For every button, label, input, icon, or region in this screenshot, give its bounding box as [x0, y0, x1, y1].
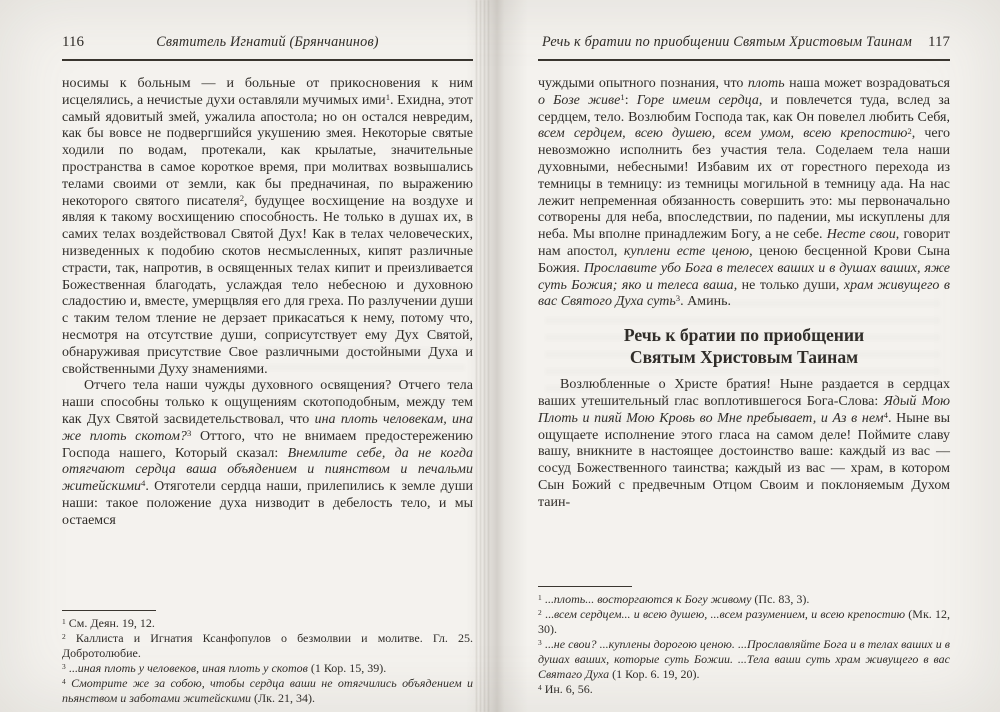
page-gutter: [466, 0, 528, 712]
footnote-separator: [538, 586, 632, 587]
footnote: 3 ...не свои? ...куплены дорогою ценою. …: [538, 637, 950, 682]
footnote: 3 ...иная плоть у человеков, иная плоть …: [62, 661, 473, 676]
page-header-left: 116 Святитель Игнатий (Брянчанинов): [62, 34, 473, 61]
page-header-right: Речь к братии по приобщении Святым Христ…: [538, 34, 950, 61]
body-paragraph: Возлюбленные о Христе братия! Ныне разда…: [538, 377, 950, 511]
running-title-right: Речь к братии по приобщении Святым Христ…: [542, 34, 946, 51]
body-paragraph: чуждыми опытного познания, что плоть наш…: [538, 76, 950, 311]
section-heading: Речь к братии по приобщении Святым Христ…: [538, 324, 950, 368]
footnote: 1 ...плоть... восторгаются к Богу живому…: [538, 592, 950, 607]
footnote-separator: [62, 610, 156, 611]
section-heading-line: Святым Христовым Таинам: [538, 346, 950, 368]
footnote: 1 См. Деян. 19, 12.: [62, 616, 473, 631]
page-stack-edges: [476, 0, 489, 712]
footnote: 4 Смотрите же за собою, чтобы сердца ваш…: [62, 676, 473, 706]
body-text-right: чуждыми опытного познания, что плоть наш…: [538, 76, 950, 512]
footnotes-right: 1 ...плоть... восторгаются к Богу живому…: [538, 586, 950, 697]
book-spread: 116 Святитель Игнатий (Брянчанинов) носи…: [0, 0, 1000, 712]
footnotes-left: 1 См. Деян. 19, 12. 2 Каллиста и Игнатия…: [62, 610, 473, 706]
running-title-left: Святитель Игнатий (Брянчанинов): [156, 34, 378, 50]
page-right: Речь к братии по приобщении Святым Христ…: [538, 34, 950, 512]
page-number-left: 116: [62, 34, 84, 51]
section-heading-line: Речь к братии по приобщении: [538, 324, 950, 346]
body-paragraph: носимы к больным — и больные от прикосно…: [62, 76, 473, 378]
footnote: 2 Каллиста и Игнатия Ксанфопулов о безмо…: [62, 631, 473, 661]
body-text-left: носимы к больным — и больные от прикосно…: [62, 76, 473, 530]
footnote: 2 ...всем сердцем... и всею душею, ...вс…: [538, 607, 950, 637]
page-left: 116 Святитель Игнатий (Брянчанинов) носи…: [62, 34, 473, 530]
body-paragraph: Отчего тела наши чужды духовного освящен…: [62, 378, 473, 529]
footnote: 4 Ин. 6, 56.: [538, 682, 950, 697]
page-number-right: 117: [928, 34, 950, 51]
